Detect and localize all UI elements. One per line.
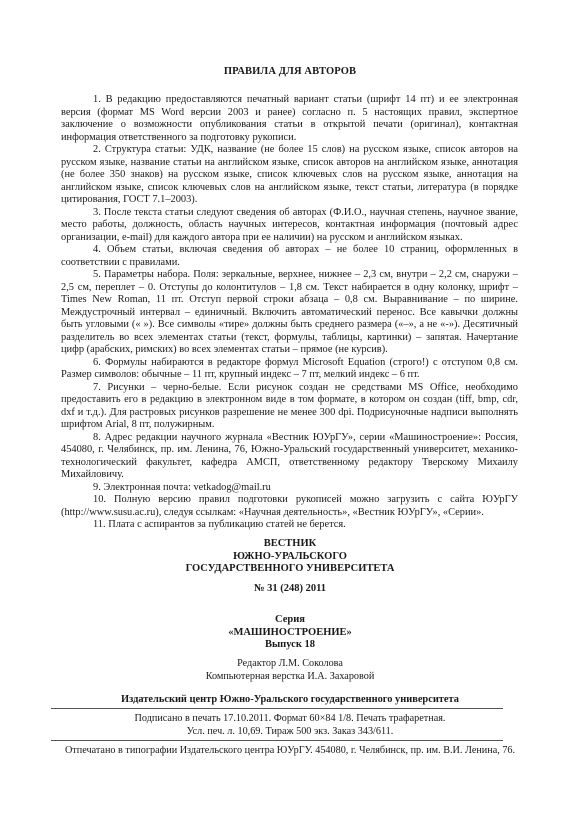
rules-title: ПРАВИЛА ДЛЯ АВТОРОВ — [0, 66, 580, 77]
series-label: Серия — [0, 614, 580, 627]
series-name: «МАШИНОСТРОЕНИЕ» — [0, 627, 580, 640]
print-info-line: Подписано в печать 17.10.2011. Формат 60… — [0, 713, 580, 726]
rule-item: 4. Объем статьи, включая сведения об авт… — [61, 244, 518, 269]
volume-number: Выпуск 18 — [0, 639, 580, 652]
journal-name-line: ГОСУДАРСТВЕННОГО УНИВЕРСИТЕТА — [0, 563, 580, 576]
print-info-line: Усл. печ. л. 10,69. Тираж 500 экз. Заказ… — [0, 726, 580, 739]
rule-item: 8. Адрес редакции научного журнала «Вест… — [61, 432, 518, 482]
rule-item: 6. Формулы набираются в редакторе формул… — [61, 357, 518, 382]
divider — [51, 708, 503, 709]
rules-list: 1. В редакцию предоставляются печатный в… — [61, 94, 518, 532]
rule-item: 2. Структура статьи: УДК, название (не б… — [61, 144, 518, 207]
rule-item: 11. Плата с аспирантов за публикацию ста… — [61, 519, 518, 532]
journal-name-line: ВЕСТНИК — [0, 538, 580, 551]
rule-item: 5. Параметры набора. Поля: зеркальные, в… — [61, 269, 518, 357]
print-info: Подписано в печать 17.10.2011. Формат 60… — [0, 713, 580, 738]
rule-item: 9. Электронная почта: vetkadog@mail.ru — [61, 482, 518, 495]
layout-credit: Компьютерная верстка И.А. Захаровой — [0, 671, 580, 684]
rule-item: 7. Рисунки – черно-белые. Если рисунок с… — [61, 382, 518, 432]
divider — [51, 740, 503, 741]
rule-item: 1. В редакцию предоставляются печатный в… — [61, 94, 518, 144]
credits: Редактор Л.М. Соколова Компьютерная верс… — [0, 658, 580, 683]
issue-number: № 31 (248) 2011 — [0, 583, 580, 596]
rule-item: 10. Полную версию правил подготовки руко… — [61, 494, 518, 519]
journal-colophon: ВЕСТНИК ЮЖНО-УРАЛЬСКОГО ГОСУДАРСТВЕННОГО… — [0, 538, 580, 652]
rule-item: 3. После текста статьи следуют сведения … — [61, 207, 518, 245]
editor-credit: Редактор Л.М. Соколова — [0, 658, 580, 671]
publisher-name: Издательский центр Южно-Уральского госуд… — [0, 694, 580, 705]
journal-name-line: ЮЖНО-УРАЛЬСКОГО — [0, 551, 580, 564]
printing-house-info: Отпечатано в типографии Издательского це… — [0, 745, 580, 756]
